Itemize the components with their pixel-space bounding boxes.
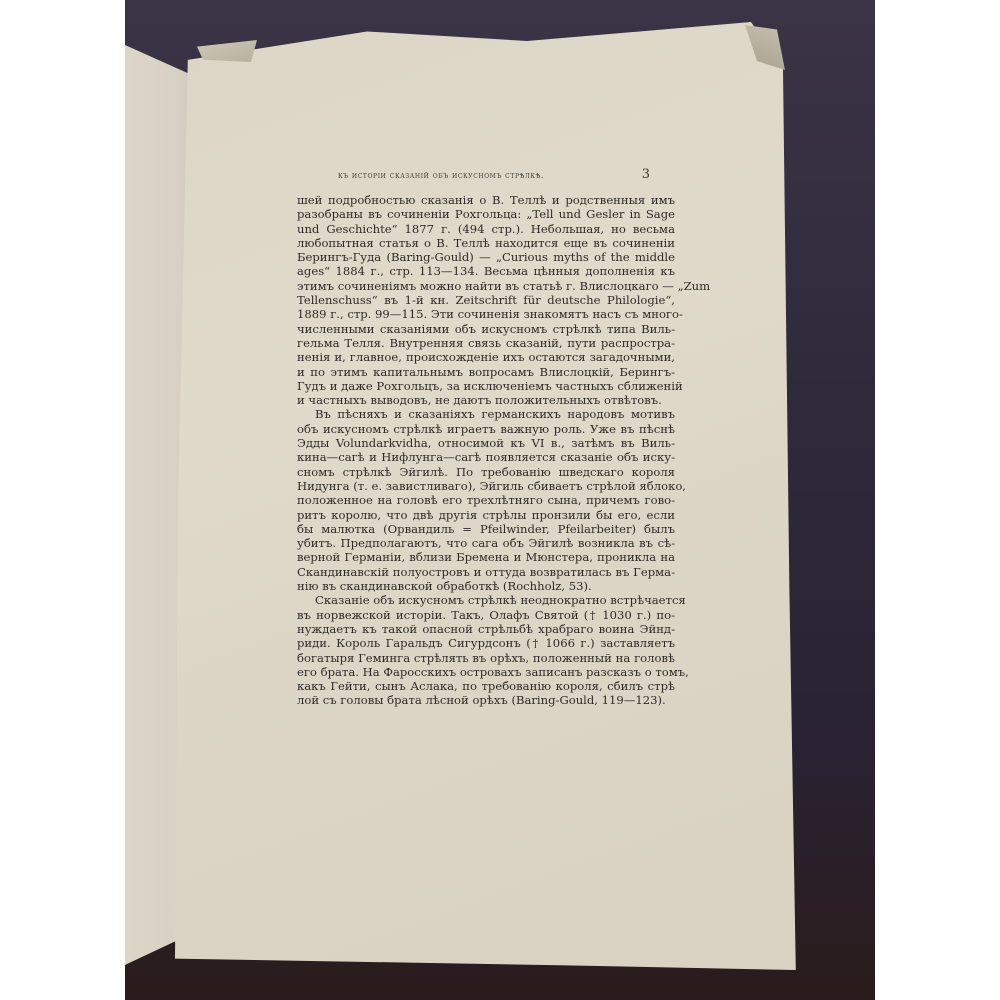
text-line: положенное на головѣ его трехлѣтняго сын… bbox=[297, 493, 675, 507]
text-line: кина—сагѣ и Нифлунга—сагѣ появляется ска… bbox=[297, 450, 675, 464]
text-line: Tellenschuss“ въ 1-й кн. Zeitschrift für… bbox=[297, 293, 675, 307]
text-line: Скандинавскій полуостровъ и оттуда возвр… bbox=[297, 565, 675, 579]
text-line: Берингъ-Гуда (Baring-Gould) — „Curious m… bbox=[297, 250, 675, 264]
text-line: риди. Король Гаральдъ Сигурдсонъ († 1066… bbox=[297, 636, 675, 650]
text-line: и частныхъ выводовъ, не даютъ положитель… bbox=[297, 393, 675, 407]
running-header: Къ исторіи сказаній объ искусномъ стрѣлк… bbox=[215, 167, 650, 182]
text-line: численными сказаніями объ искусномъ стрѣ… bbox=[297, 322, 675, 336]
text-line: Въ пѣсняхъ и сказаніяхъ германскихъ наро… bbox=[297, 407, 675, 421]
text-line: въ норвежской исторіи. Такъ, Олафъ Свято… bbox=[297, 608, 675, 622]
text-line: Эдды Volundarkvidha, относимой къ VI в.,… bbox=[297, 436, 675, 450]
text-line: верной Германіи, вблизи Бремена и Мюнсте… bbox=[297, 550, 675, 564]
text-line: сномъ стрѣлкѣ Эйгилѣ. По требованію швед… bbox=[297, 465, 675, 479]
text-line: шей подробностью сказанія о В. Теллѣ и р… bbox=[297, 193, 675, 207]
text-line: ритъ королю, что двѣ другія стрѣлы пронз… bbox=[297, 508, 675, 522]
torn-corner-left bbox=[197, 40, 257, 62]
text-line: убитъ. Предполагаютъ, что сага объ Эйгил… bbox=[297, 536, 675, 550]
text-line: нію въ скандинавской обработкѣ (Rochholz… bbox=[297, 579, 675, 593]
text-line: любопытная статья о В. Теллѣ находится е… bbox=[297, 236, 675, 250]
text-line: ненія и, главное, происхожденіе ихъ оста… bbox=[297, 350, 675, 364]
text-line: Гудъ и даже Рохгольцъ, за исключеніемъ ч… bbox=[297, 379, 675, 393]
text-line: нуждаетъ къ такой опасной стрѣльбѣ храбр… bbox=[297, 622, 675, 636]
text-line: какъ Гейти, сынъ Аслака, по требованію к… bbox=[297, 679, 675, 693]
text-line: разобраны въ сочиненіи Рохгольца: „Tell … bbox=[297, 207, 675, 221]
running-title: Къ исторіи сказаній объ искусномъ стрѣлк… bbox=[338, 171, 544, 181]
text-line: Нидунга (т. е. завистливаго), Эйгиль сби… bbox=[297, 479, 675, 493]
text-line: лой съ головы брата лѣсной орѣхъ (Baring… bbox=[297, 693, 675, 707]
text-line: und Geschichte“ 1877 г. (494 стр.). Небо… bbox=[297, 222, 675, 236]
body-text: шей подробностью сказанія о В. Теллѣ и р… bbox=[297, 193, 675, 708]
text-line: бы малютка (Орвандиль = Pfeilwinder, Pfe… bbox=[297, 522, 675, 536]
text-line: этимъ сочиненіямъ можно найти въ статьѣ … bbox=[297, 279, 675, 293]
text-line: 1889 г., стр. 99—115. Эти сочиненія знак… bbox=[297, 307, 675, 321]
text-line: гельма Телля. Внутренняя связь сказаній,… bbox=[297, 336, 675, 350]
text-line: его брата. На Фаросскихъ островахъ запис… bbox=[297, 665, 675, 679]
text-line: ages“ 1884 г., стр. 113—134. Весьма цѣнн… bbox=[297, 264, 675, 278]
text-line: и по этимъ капитальнымъ вопросамъ Влисло… bbox=[297, 365, 675, 379]
page-number: 3 bbox=[642, 167, 650, 182]
text-line: объ искусномъ стрѣлкѣ играетъ важную рол… bbox=[297, 422, 675, 436]
text-line: богатыря Геминга стрѣлять въ орѣхъ, поло… bbox=[297, 651, 675, 665]
text-line: Сказаніе объ искусномъ стрѣлкѣ неоднокра… bbox=[297, 593, 675, 607]
